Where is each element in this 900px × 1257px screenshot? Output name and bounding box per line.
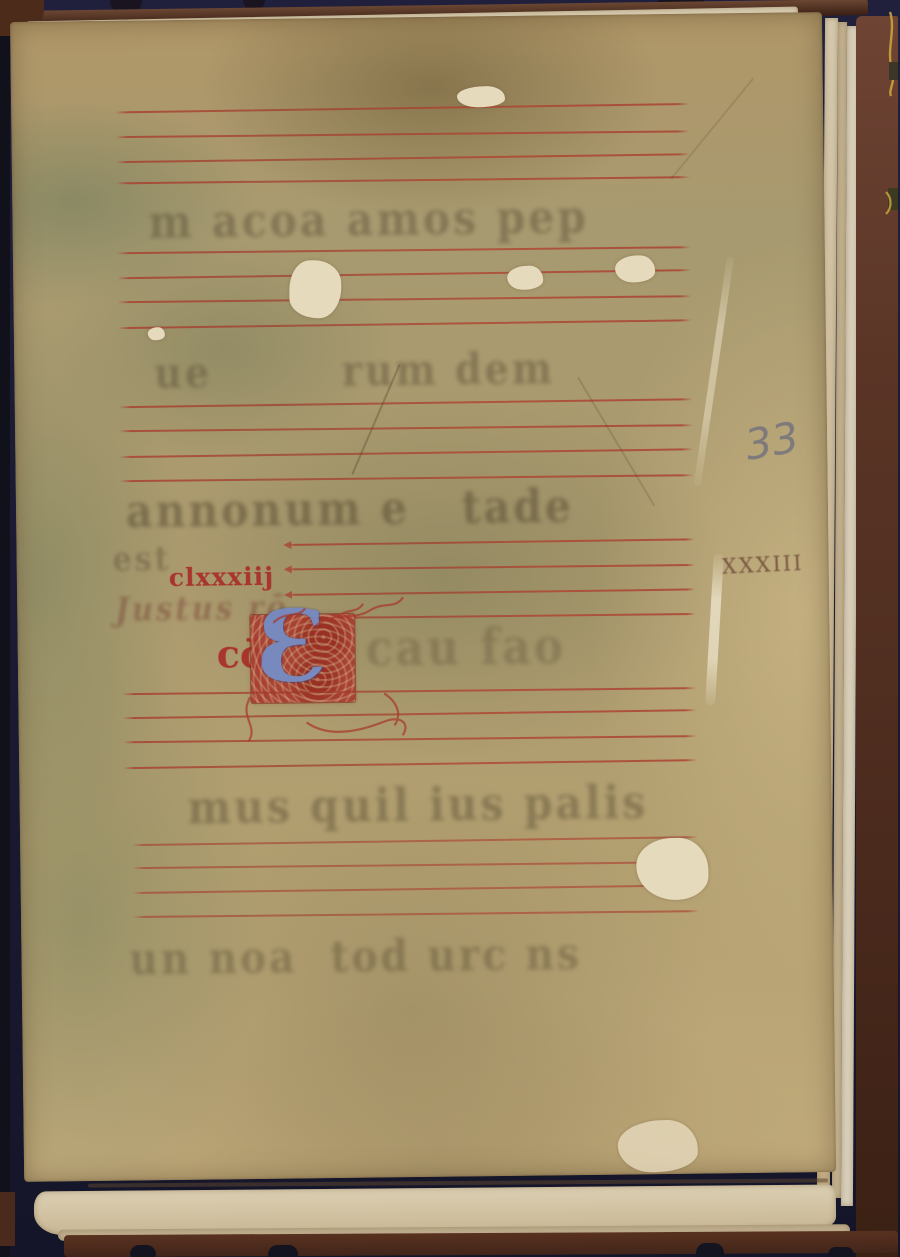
damage-streak (694, 256, 734, 487)
damage-spot (148, 327, 165, 340)
staff-line (286, 538, 694, 546)
damage-spot (615, 255, 655, 282)
staff-line (287, 564, 695, 570)
manuscript-photo: m acoa amos pep ue rum dem annonum e tad… (0, 0, 900, 1257)
staff-line (133, 910, 699, 918)
binding-foot (696, 1243, 724, 1257)
staff-line (123, 759, 697, 769)
ghost-text-line: cau fao (365, 618, 566, 678)
ghost-text-line: mus quil ius palis (187, 775, 648, 834)
damage-spot (289, 260, 342, 319)
damage-streak (705, 553, 724, 705)
staff-line (132, 836, 698, 846)
staff-line (117, 295, 691, 303)
gold-clasp-icon (876, 10, 900, 220)
folio-number-pencil: 33 (741, 413, 802, 470)
damage-spot (636, 838, 709, 901)
staff-line (119, 448, 693, 458)
manuscript-leaf: m acoa amos pep ue rum dem annonum e tad… (10, 12, 836, 1182)
ghost-text-line: ue rum dem (154, 343, 555, 398)
folio-number-ink: XXXIII (721, 551, 804, 579)
binding-leather-corner (0, 1192, 15, 1246)
staff-line (115, 130, 689, 138)
staff-line (118, 319, 692, 329)
binding-foot (268, 1245, 298, 1257)
ghost-text-line: un noa tod urc ns (129, 928, 582, 985)
crease-line (577, 377, 655, 507)
staff-line (133, 884, 699, 894)
ghost-text-line: annonum e tade (126, 479, 575, 538)
gutter-shadow (0, 0, 10, 1257)
staff-line (115, 103, 689, 114)
staff-line (116, 153, 690, 163)
staff-line (132, 861, 698, 869)
ghost-text-line: est (112, 540, 171, 580)
staff-line (117, 269, 691, 279)
ghost-text-line: m acoa amos pep (148, 190, 589, 249)
damage-spot (507, 266, 543, 290)
binding-leather-bottom (64, 1231, 898, 1257)
binding-foot (828, 1247, 854, 1257)
staff-line (119, 398, 693, 408)
damage-spot (457, 86, 505, 108)
staff-line (116, 176, 690, 184)
damage-spot (617, 1120, 698, 1173)
crease-line (670, 77, 754, 179)
binding-foot (130, 1245, 156, 1257)
